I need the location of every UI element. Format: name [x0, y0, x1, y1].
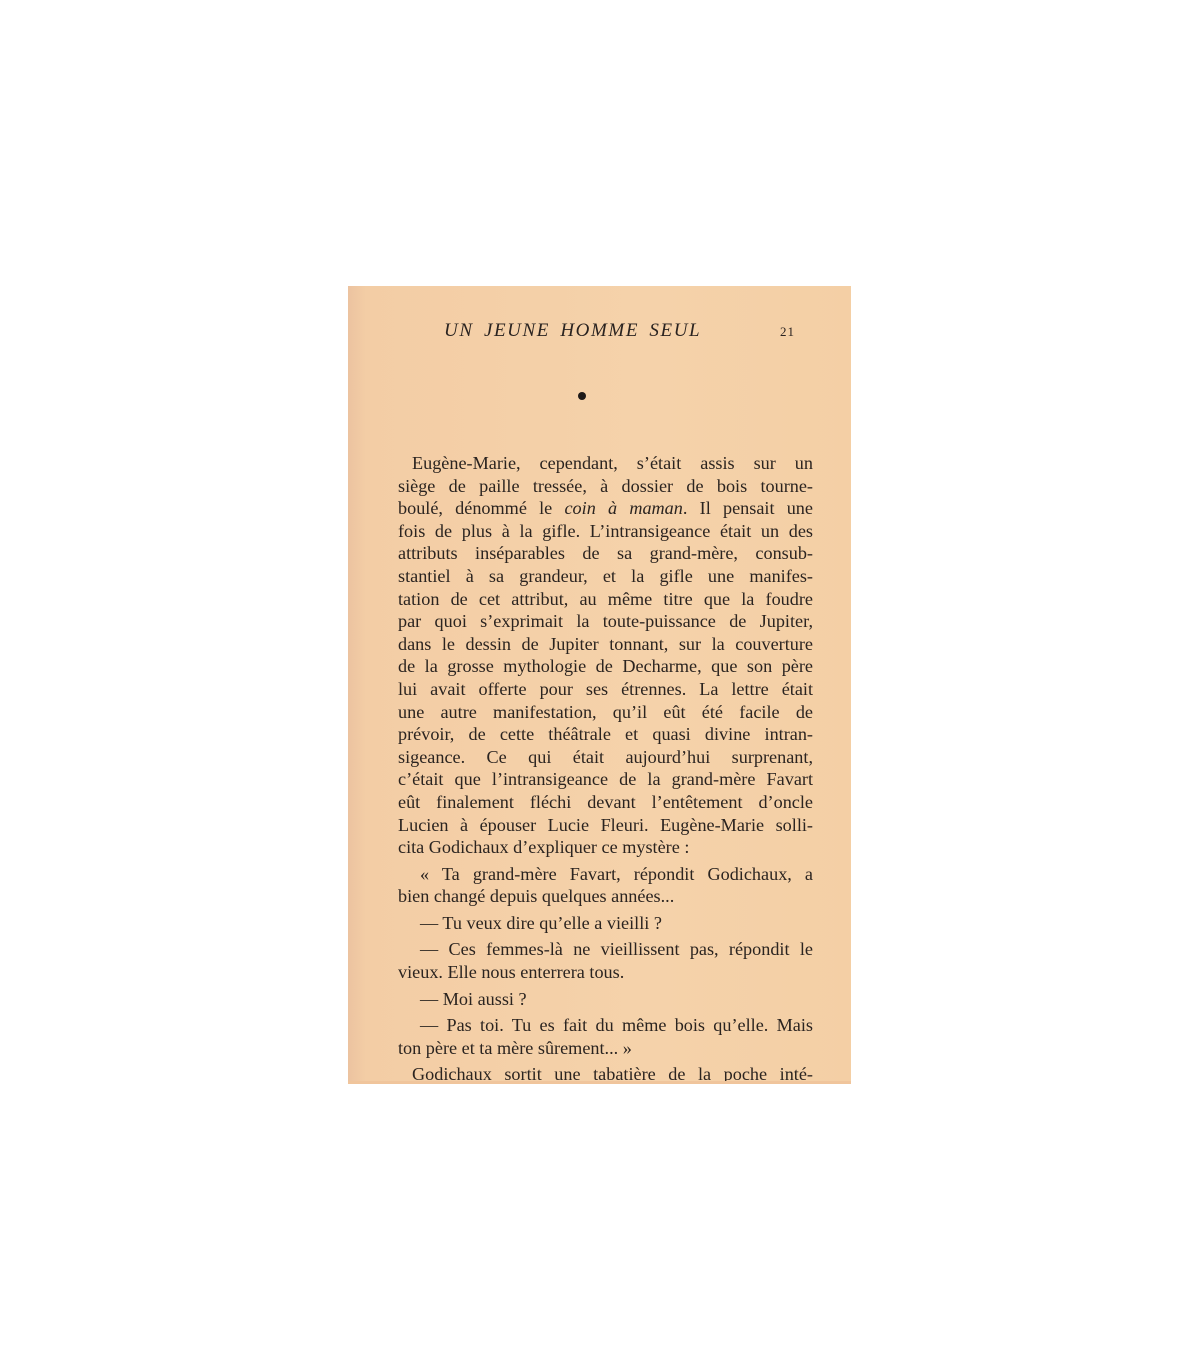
text-line: une autre manifestation, qu’il eût été f… — [398, 701, 813, 724]
dialogue-line: « Ta grand-mère Favart, répondit Godicha… — [398, 863, 813, 886]
text-line: sigeance. Ce qui était aujourd’hui surpr… — [398, 746, 813, 769]
text-line: de la grosse mythologie de Decharme, que… — [398, 655, 813, 678]
text-line: attributs inséparables de sa grand-mère,… — [398, 542, 813, 565]
body-text: Eugène-Marie, cependant, s’était assis s… — [398, 452, 813, 1086]
book-page: UN JEUNE HOMME SEUL 21 Eugène-Marie, cep… — [348, 286, 851, 1084]
text-run: boulé, dénommé le — [398, 498, 564, 518]
text-line: fois de plus à la gifle. L’intransigeanc… — [398, 520, 813, 543]
italic-title: coin à maman — [564, 498, 682, 518]
text-line: prévoir, de cette théâtrale et quasi div… — [398, 723, 813, 746]
text-line: tation de cet attribut, au même titre qu… — [398, 588, 813, 611]
text-line: eût finalement fléchi devant l’entêtemen… — [398, 791, 813, 814]
text-line: Lucien à épouser Lucie Fleuri. Eugène-Ma… — [398, 814, 813, 837]
text-line: cita Godichaux d’expliquer ce mystère : — [398, 836, 813, 859]
text-line: ton père et ta mère sûrement... » — [398, 1037, 813, 1060]
text-line: stantiel à sa grandeur, et la gifle une … — [398, 565, 813, 588]
text-line: dans le dessin de Jupiter tonnant, sur l… — [398, 633, 813, 656]
section-bullet-icon — [578, 392, 586, 400]
text-line: boulé, dénommé le coin à maman. Il pensa… — [398, 497, 813, 520]
text-run: . Il pensait une — [683, 498, 813, 518]
text-line: vieux. Elle nous enterrera tous. — [398, 961, 813, 984]
text-line: bien changé depuis quelques années... — [398, 885, 813, 908]
text-line: lui avait offerte pour ses étrennes. La … — [398, 678, 813, 701]
text-line: par quoi s’exprimait la toute-puissance … — [398, 610, 813, 633]
text-line: siège de paille tressée, à dossier de bo… — [398, 475, 813, 498]
text-line: Godichaux sortit une tabatière de la poc… — [398, 1063, 813, 1086]
dialogue-line: — Tu veux dire qu’elle a vieilli ? — [398, 912, 813, 935]
text-line: c’était que l’intransigeance de la grand… — [398, 768, 813, 791]
page-number: 21 — [780, 324, 795, 340]
running-head: UN JEUNE HOMME SEUL — [444, 320, 701, 342]
text-line: Eugène-Marie, cependant, s’était assis s… — [398, 452, 813, 475]
dialogue-line: — Moi aussi ? — [398, 988, 813, 1011]
dialogue-line: — Pas toi. Tu es fait du même bois qu’el… — [398, 1014, 813, 1037]
dialogue-line: — Ces femmes-là ne vieillissent pas, rép… — [398, 938, 813, 961]
